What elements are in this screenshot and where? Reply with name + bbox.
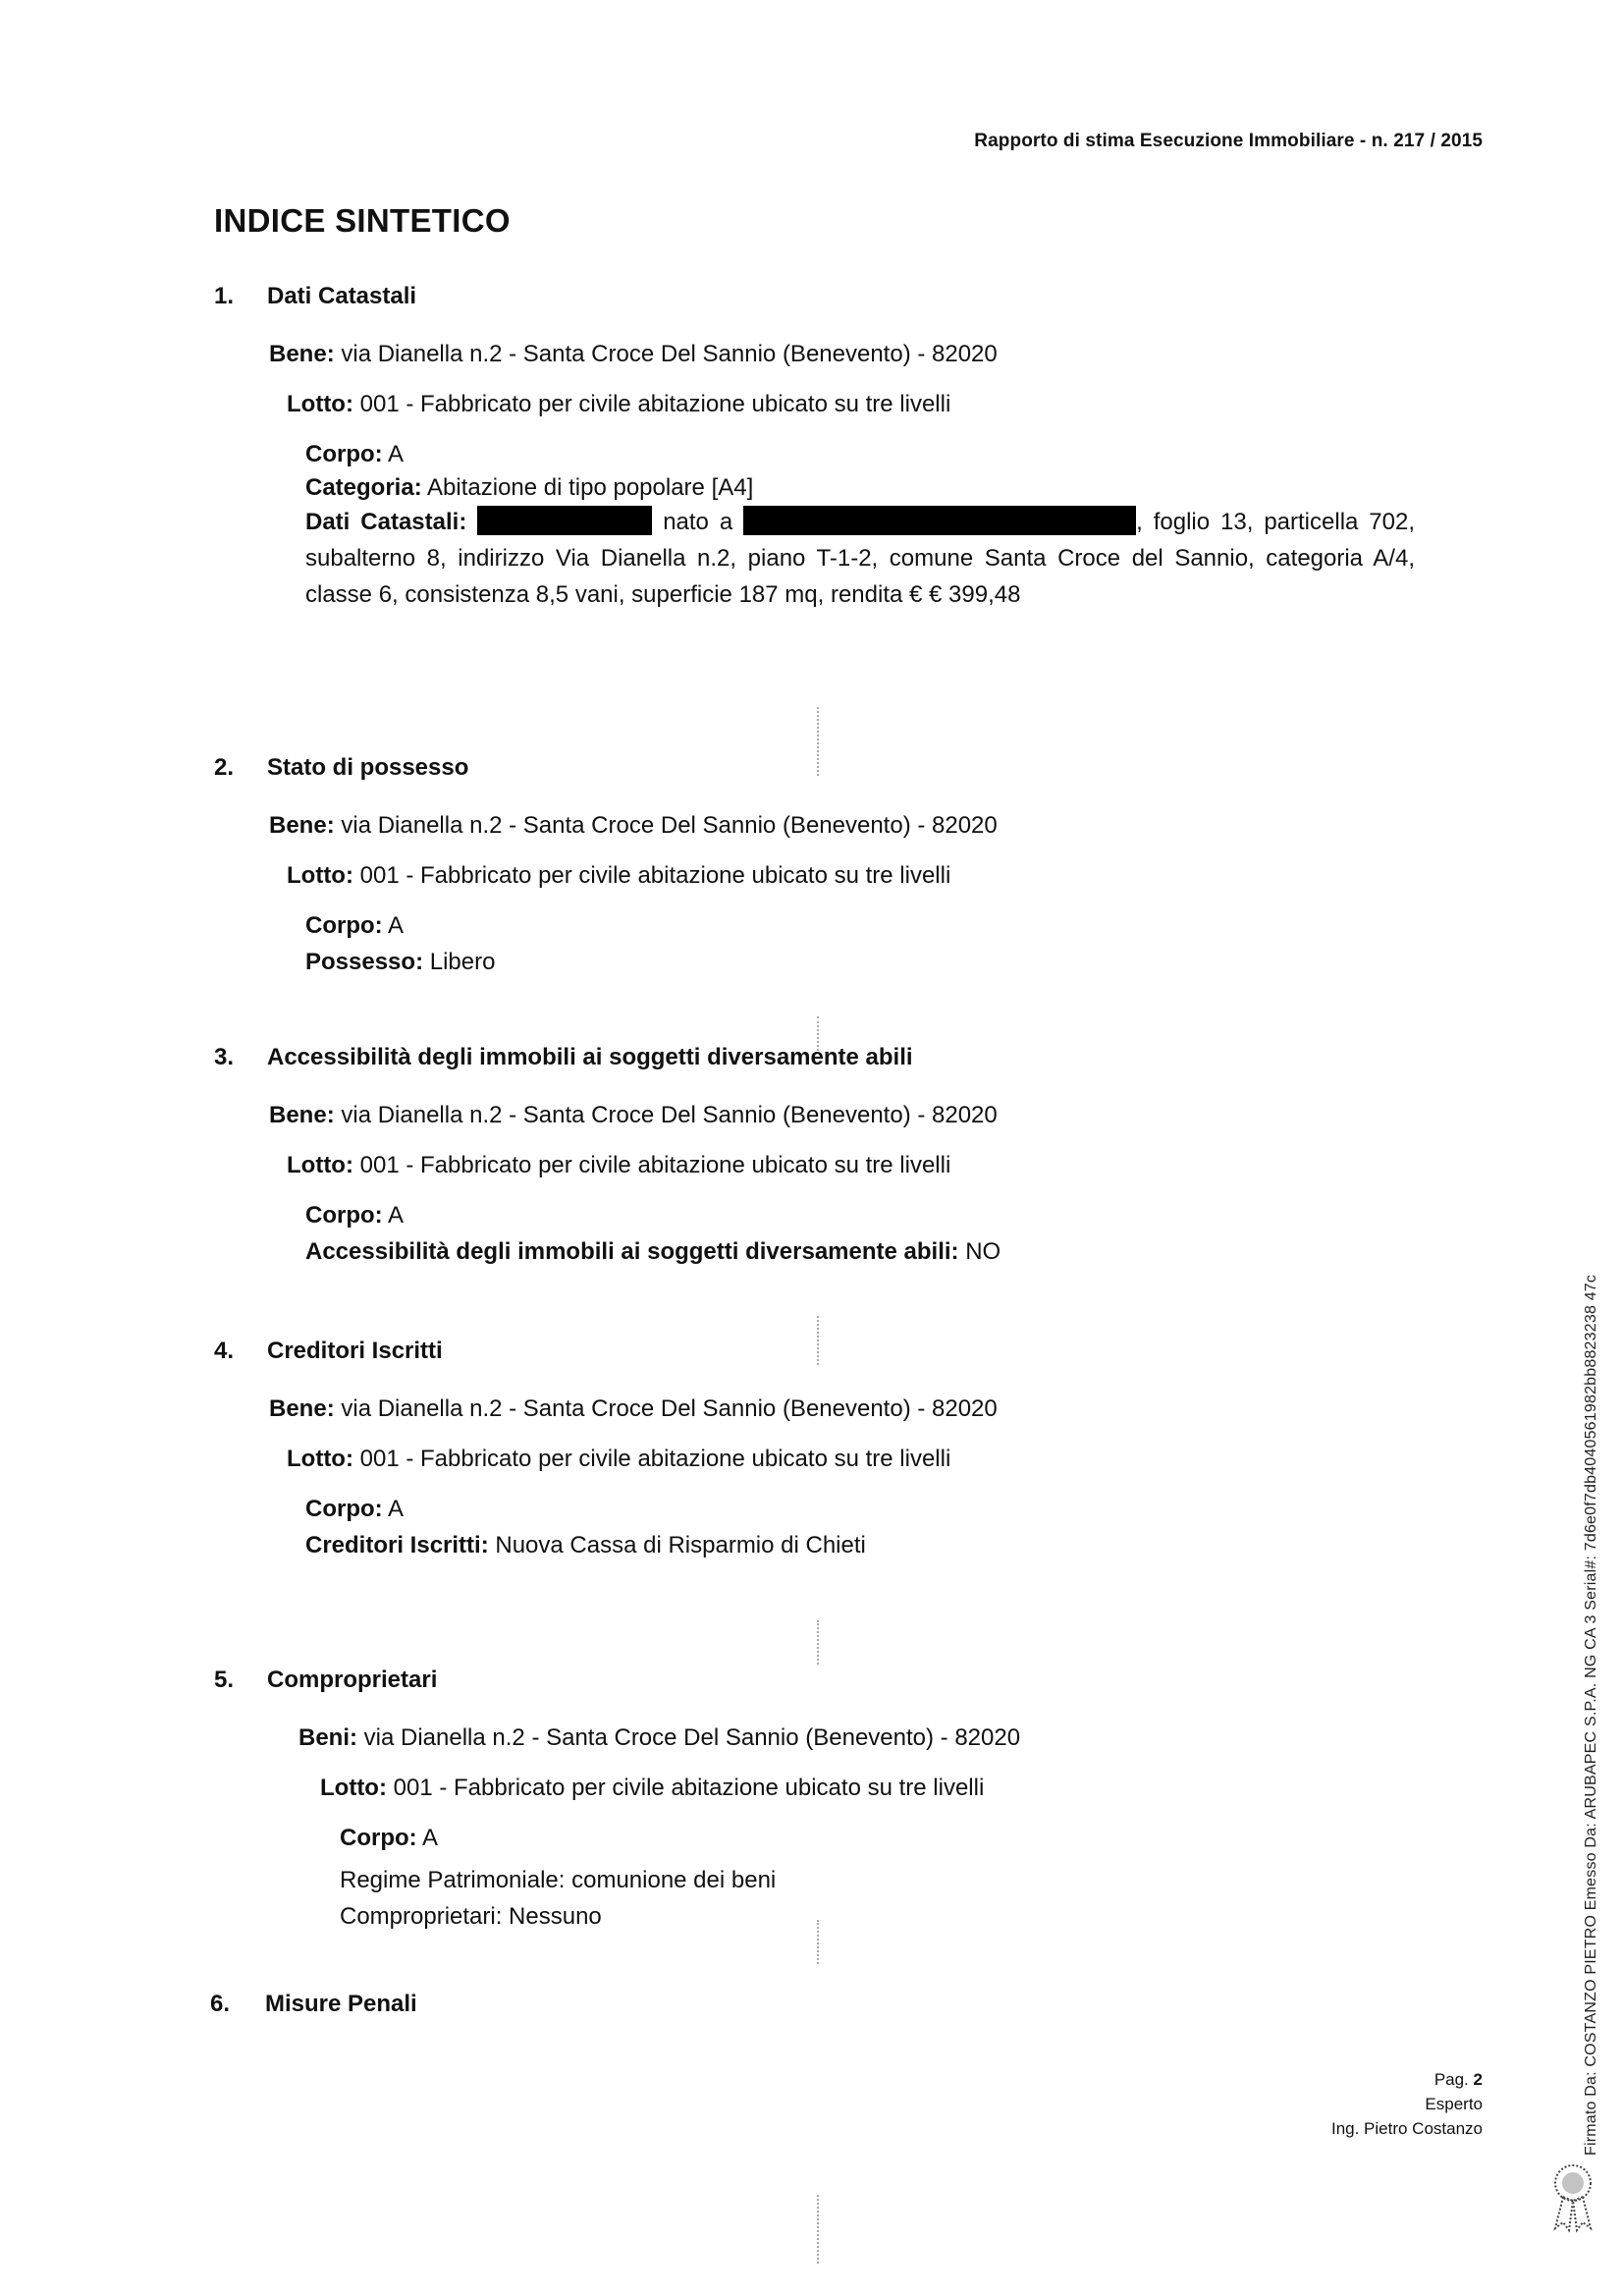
section-creditori-iscritti: 4. Creditori Iscritti Bene: via Dianella… — [214, 1338, 1422, 1563]
bene-value: via Dianella n.2 - Santa Croce Del Sanni… — [341, 341, 997, 367]
corpo-line: Corpo: A — [305, 436, 1422, 472]
categoria-value: Abitazione di tipo popolare [A4] — [427, 474, 753, 501]
section-stato-possesso: 2. Stato di possesso Bene: via Dianella … — [214, 754, 1422, 980]
section-number: 2. — [214, 754, 267, 782]
corpo-value: A — [388, 912, 404, 939]
dati-catastali-label: Dati Catastali: — [305, 509, 466, 535]
section-number: 3. — [214, 1044, 267, 1071]
scan-artifact — [817, 1016, 821, 1051]
section-title: Comproprietari — [267, 1667, 437, 1694]
beni-label: Beni: — [298, 1724, 357, 1751]
page-label: Pag. — [1434, 2070, 1469, 2089]
section-number: 4. — [214, 1338, 267, 1365]
section-heading: 1. Dati Catastali — [214, 283, 1422, 310]
bene-label: Bene: — [269, 341, 335, 367]
lotto-label: Lotto: — [287, 1152, 353, 1178]
lotto-label: Lotto: — [287, 862, 353, 889]
corpo-label: Corpo: — [305, 912, 383, 939]
accessibilita-label: Accessibilità degli immobili ai soggetti… — [305, 1238, 959, 1265]
page-title: INDICE SINTETICO — [214, 202, 511, 240]
scan-artifact — [817, 1316, 821, 1365]
page-number: 2 — [1474, 2070, 1483, 2089]
bene-line: Beni: via Dianella n.2 - Santa Croce Del… — [298, 1720, 1422, 1756]
lotto-label: Lotto: — [287, 391, 353, 417]
nato-a-label: nato a — [663, 509, 732, 535]
report-header: Rapporto di stima Esecuzione Immobiliare… — [974, 131, 1483, 152]
scan-artifact — [817, 1620, 821, 1665]
redacted-owner — [477, 506, 652, 535]
corpo-line: Corpo: A — [305, 1197, 1422, 1233]
bene-value: via Dianella n.2 - Santa Croce Del Sanni… — [341, 1102, 997, 1128]
possesso-value: Libero — [430, 949, 496, 975]
corpo-value: A — [422, 1825, 438, 1851]
scan-artifact — [817, 707, 821, 776]
bene-value: via Dianella n.2 - Santa Croce Del Sanni… — [341, 812, 997, 839]
corpo-label: Corpo: — [305, 441, 383, 467]
lotto-label: Lotto: — [287, 1446, 353, 1472]
bene-line: Bene: via Dianella n.2 - Santa Croce Del… — [269, 336, 1422, 372]
corpo-line: Corpo: A — [340, 1820, 1422, 1856]
creditori-label: Creditori Iscritti: — [305, 1532, 489, 1558]
bene-line: Bene: via Dianella n.2 - Santa Croce Del… — [269, 1097, 1422, 1133]
regime-line: Regime Patrimoniale: comunione dei beni — [340, 1862, 1422, 1898]
section-misure-penali: 6. Misure Penali — [210, 1991, 1418, 2018]
bene-line: Bene: via Dianella n.2 - Santa Croce Del… — [269, 1391, 1422, 1427]
lotto-line: Lotto: 001 - Fabbricato per civile abita… — [287, 857, 1422, 894]
categoria-line: Categoria: Abitazione di tipo popolare [… — [305, 472, 1422, 504]
lotto-value: 001 - Fabbricato per civile abitazione u… — [394, 1775, 985, 1801]
lotto-line: Lotto: 001 - Fabbricato per civile abita… — [287, 386, 1422, 422]
redacted-birthplace — [743, 506, 1136, 535]
corpo-value: A — [388, 1202, 404, 1229]
creditori-line: Creditori Iscritti: Nuova Cassa di Rispa… — [305, 1527, 1422, 1563]
corpo-value: A — [388, 441, 404, 467]
page-footer: Pag. 2 Esperto Ing. Pietro Costanzo — [1331, 2067, 1483, 2141]
lotto-value: 001 - Fabbricato per civile abitazione u… — [360, 391, 951, 417]
expert-name: Ing. Pietro Costanzo — [1331, 2116, 1483, 2141]
possesso-line: Possesso: Libero — [305, 944, 1422, 980]
section-number: 1. — [214, 283, 267, 310]
page-number-line: Pag. 2 — [1331, 2067, 1483, 2092]
certification-seal-icon — [1543, 2156, 1602, 2234]
section-title: Creditori Iscritti — [267, 1338, 443, 1365]
lotto-line: Lotto: 001 - Fabbricato per civile abita… — [287, 1441, 1422, 1477]
beni-value: via Dianella n.2 - Santa Croce Del Sanni… — [364, 1724, 1020, 1751]
section-title: Misure Penali — [265, 1991, 417, 2018]
section-number: 5. — [214, 1667, 267, 1694]
bene-label: Bene: — [269, 812, 335, 839]
lotto-line: Lotto: 001 - Fabbricato per civile abita… — [320, 1770, 1422, 1806]
categoria-label: Categoria: — [305, 474, 422, 501]
creditori-value: Nuova Cassa di Risparmio di Chieti — [495, 1532, 865, 1558]
corpo-label: Corpo: — [305, 1202, 383, 1229]
section-comproprietari: 5. Comproprietari Beni: via Dianella n.2… — [214, 1667, 1422, 1935]
bene-label: Bene: — [269, 1395, 335, 1422]
scan-artifact — [817, 1920, 821, 1964]
lotto-line: Lotto: 001 - Fabbricato per civile abita… — [287, 1147, 1422, 1183]
accessibilita-line: Accessibilità degli immobili ai soggetti… — [305, 1233, 1422, 1270]
section-title: Dati Catastali — [267, 283, 416, 310]
section-title: Accessibilità degli immobili ai soggetti… — [267, 1044, 913, 1071]
section-dati-catastali: 1. Dati Catastali Bene: via Dianella n.2… — [214, 283, 1422, 613]
bene-label: Bene: — [269, 1102, 335, 1128]
corpo-label: Corpo: — [340, 1825, 417, 1851]
bene-line: Bene: via Dianella n.2 - Santa Croce Del… — [269, 807, 1422, 844]
section-number: 6. — [210, 1991, 265, 2018]
digital-signature-text: Firmato Da: COSTANZO PIETRO Emesso Da: A… — [1583, 1275, 1600, 2156]
bene-value: via Dianella n.2 - Santa Croce Del Sanni… — [341, 1395, 997, 1422]
lotto-value: 001 - Fabbricato per civile abitazione u… — [360, 1152, 951, 1178]
comproprietari-line: Comproprietari: Nessuno — [340, 1898, 1422, 1935]
lotto-value: 001 - Fabbricato per civile abitazione u… — [360, 1446, 951, 1472]
section-heading: 6. Misure Penali — [210, 1991, 1418, 2018]
scan-artifact — [817, 2195, 821, 2264]
expert-role: Esperto — [1331, 2092, 1483, 2116]
lotto-label: Lotto: — [320, 1775, 387, 1801]
accessibilita-value: NO — [965, 1238, 1001, 1265]
section-heading: 5. Comproprietari — [214, 1667, 1422, 1694]
lotto-value: 001 - Fabbricato per civile abitazione u… — [360, 862, 951, 889]
corpo-label: Corpo: — [305, 1496, 383, 1522]
possesso-label: Possesso: — [305, 949, 423, 975]
section-title: Stato di possesso — [267, 754, 468, 782]
corpo-value: A — [388, 1496, 404, 1522]
corpo-line: Corpo: A — [305, 907, 1422, 944]
section-accessibilita: 3. Accessibilità degli immobili ai sogge… — [214, 1044, 1422, 1270]
corpo-line: Corpo: A — [305, 1491, 1422, 1527]
dati-catastali-block: Dati Catastali: nato a , foglio 13, part… — [305, 504, 1415, 613]
